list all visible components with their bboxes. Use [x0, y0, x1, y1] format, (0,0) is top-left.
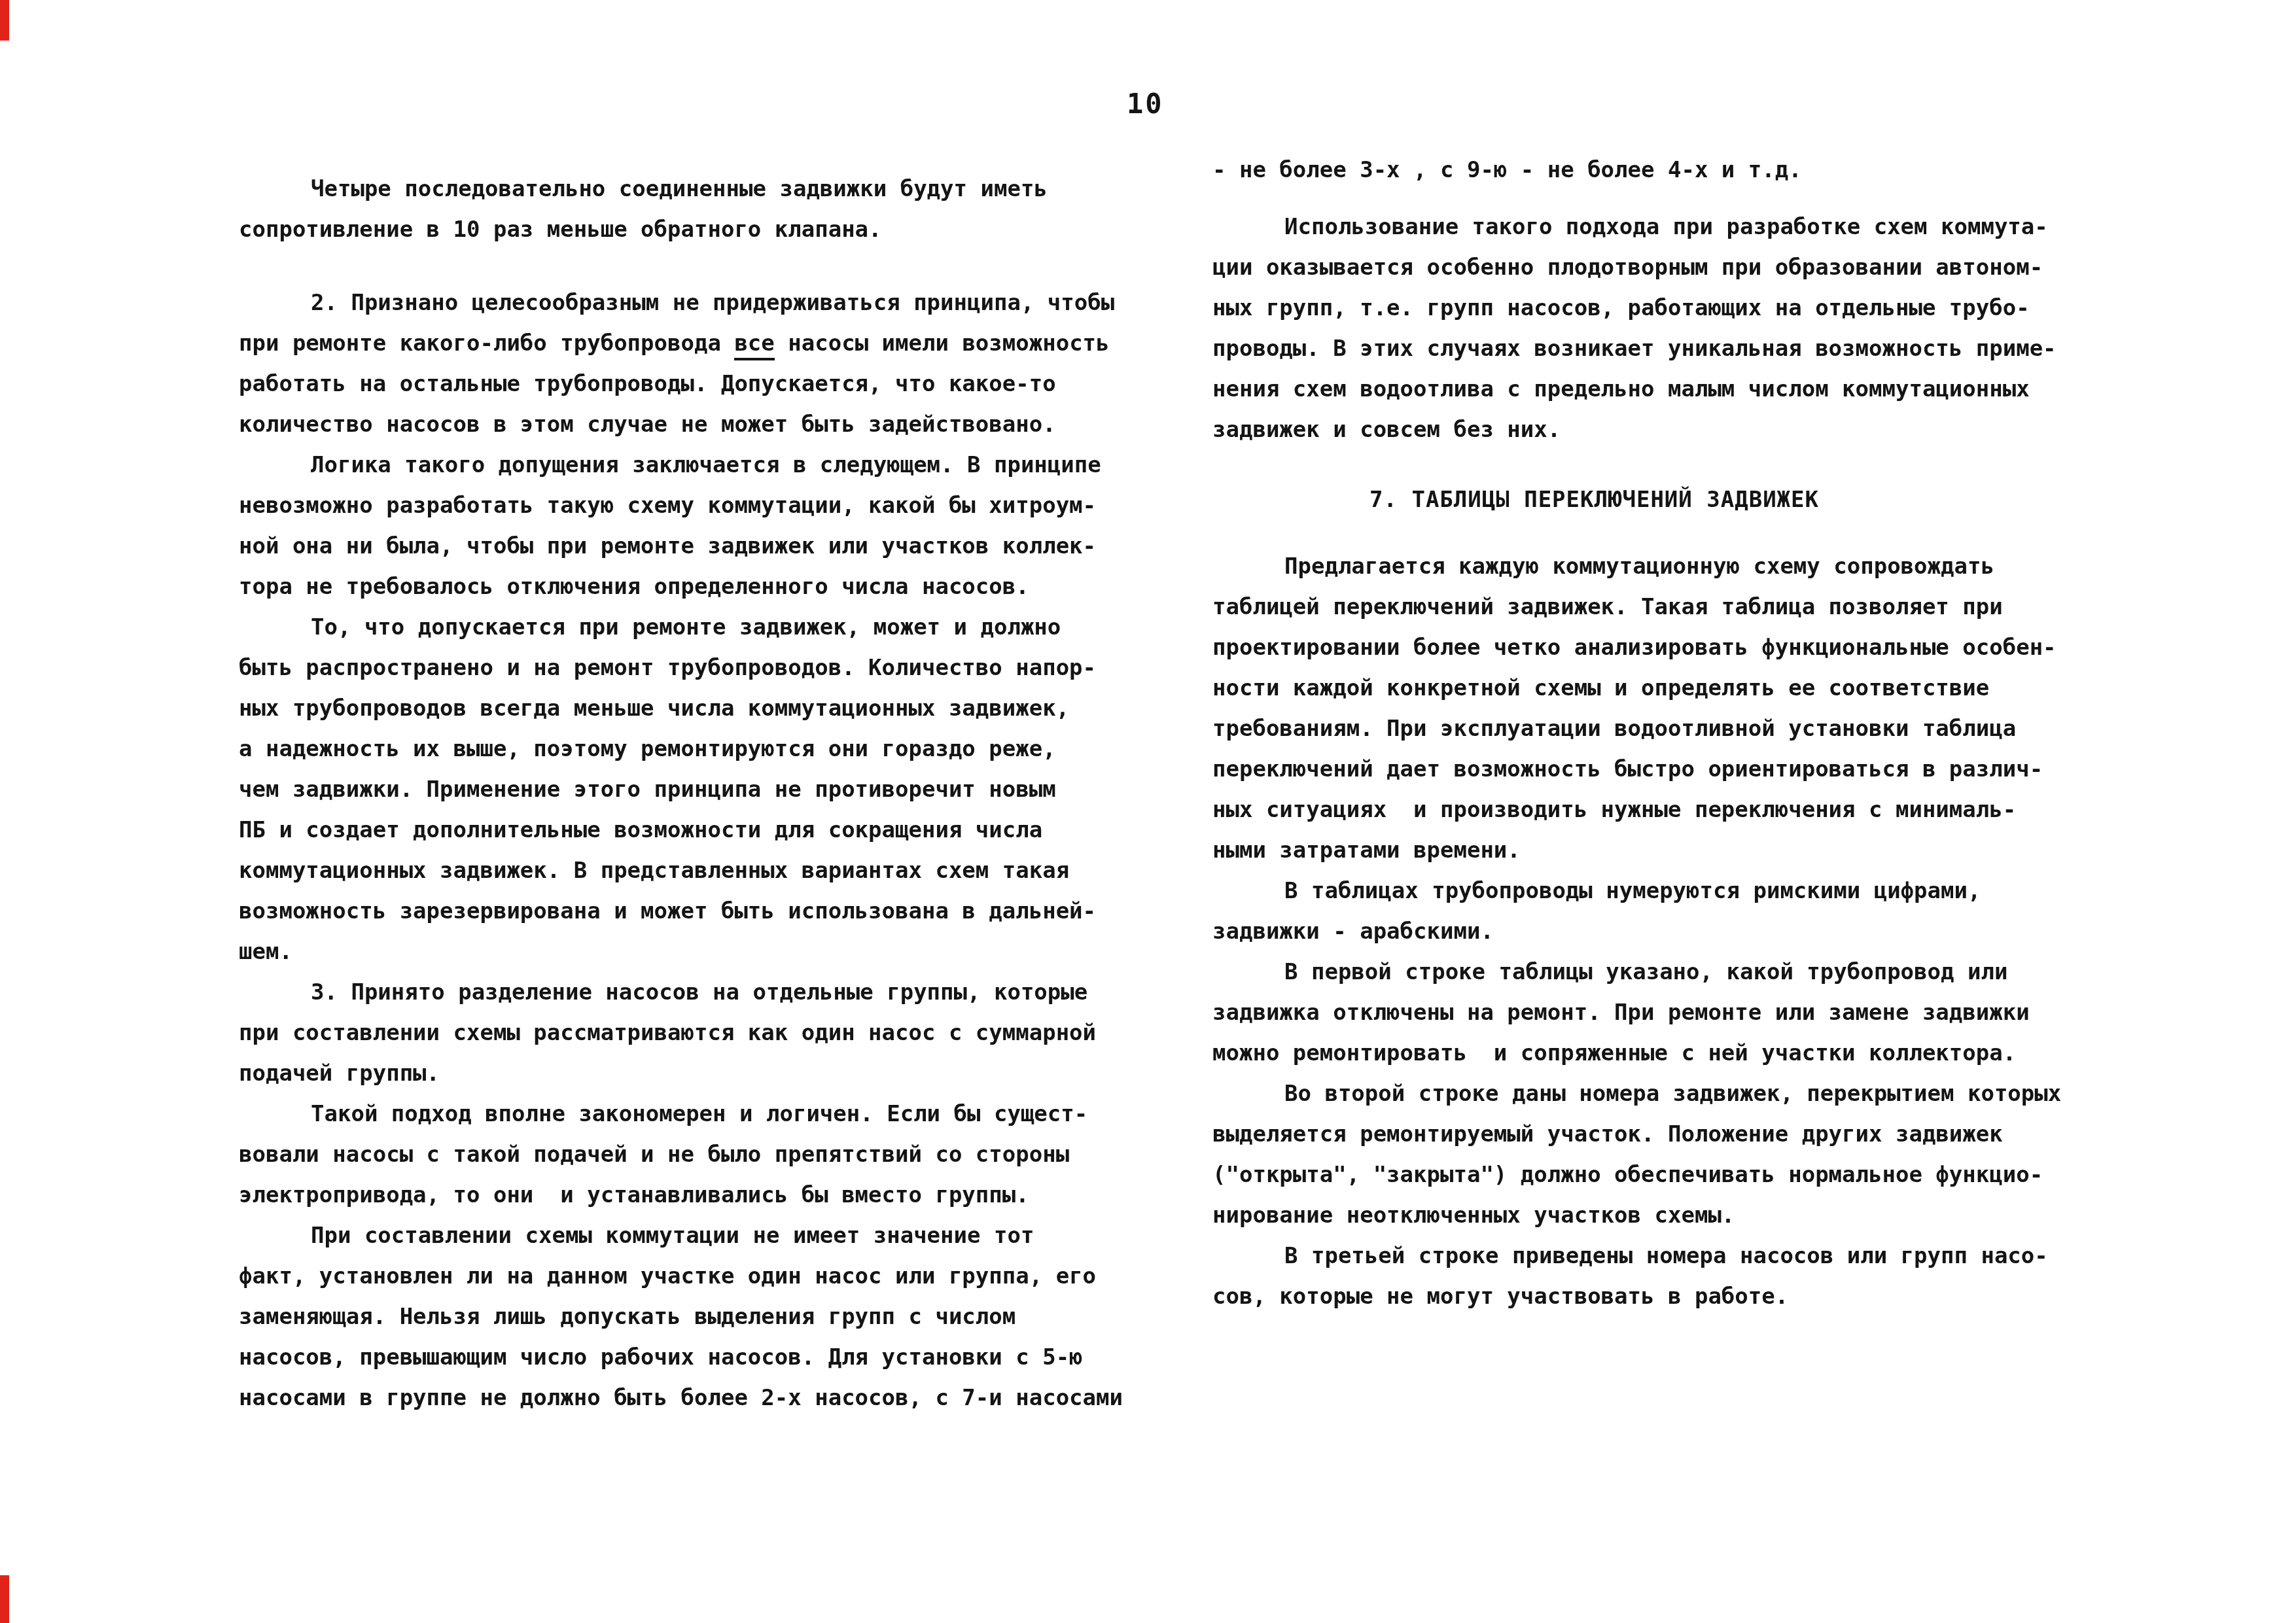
left-column: Четыре последовательно соединенные задви… — [239, 169, 1122, 1418]
paragraph: В третьей строке приведены номера насосо… — [1212, 1236, 2125, 1317]
text-line: нирование неотключенных участков схемы. — [1212, 1195, 2125, 1236]
text-line: Во второй строке даны номера задвижек, п… — [1212, 1073, 2125, 1114]
text-line: таблицей переключений задвижек. Такая та… — [1212, 587, 2125, 627]
text-line: 3. Принято разделение насосов на отдельн… — [239, 972, 1122, 1013]
text-line: ности каждой конкретной схемы и определя… — [1212, 668, 2125, 708]
text-line: возможность зарезервирована и может быть… — [239, 891, 1122, 932]
text-line: при ремонте какого-либо трубопровода все… — [239, 323, 1122, 364]
text-line: переключений дает возможность быстро ори… — [1212, 749, 2125, 790]
text-line: 2. Признано целесообразным не придержива… — [239, 283, 1122, 323]
text-line: ных трубопроводов всегда меньше числа ко… — [239, 688, 1122, 729]
text-line: насосами в группе не должно быть более 2… — [239, 1378, 1122, 1418]
text-line: выделяется ремонтируемый участок. Положе… — [1212, 1114, 2125, 1155]
text-line: сопротивление в 10 раз меньше обратного … — [239, 209, 1122, 250]
paragraph: При составлении схемы коммутации не имее… — [239, 1215, 1122, 1418]
text-line: проектировании более четко анализировать… — [1212, 627, 2125, 668]
text-line: проводы. В этих случаях возникает уникал… — [1212, 328, 2125, 369]
text-line: ПБ и создает дополнительные возможности … — [239, 810, 1122, 850]
text-line: задвижек и совсем без них. — [1212, 410, 2125, 450]
text-line: факт, установлен ли на данном участке од… — [239, 1256, 1122, 1297]
right-column: - не более 3-х , с 9-ю - не более 4-х и … — [1212, 150, 2125, 1317]
scanned-document-page: 10 Четыре последовательно соединенные за… — [0, 0, 2296, 1623]
underlined-word: все — [734, 330, 774, 360]
red-edge-mark-bottom — [0, 1575, 9, 1623]
paragraph: Во второй строке даны номера задвижек, п… — [1212, 1073, 2125, 1236]
text-line: задвижки - арабскими. — [1212, 911, 2125, 952]
text-line: задвижка отключены на ремонт. При ремонт… — [1212, 992, 2125, 1033]
text-line: Такой подход вполне закономерен и логиче… — [239, 1094, 1122, 1134]
text-line: ("открыта", "закрыта") должно обеспечива… — [1212, 1155, 2125, 1195]
text-line: при составлении схемы рассматриваются ка… — [239, 1013, 1122, 1053]
text-line: тора не требовалось отключения определен… — [239, 567, 1122, 607]
text-line: ными затратами времени. — [1212, 830, 2125, 871]
paragraph: 3. Принято разделение насосов на отдельн… — [239, 972, 1122, 1094]
paragraph: Предлагается каждую коммутационную схему… — [1212, 546, 2125, 871]
page-number: 10 — [1127, 88, 1164, 120]
text-line: шем. — [239, 932, 1122, 972]
text-line: ной она ни была, чтобы при ремонте задви… — [239, 526, 1122, 567]
text-line: ных ситуациях и производить нужные перек… — [1212, 790, 2125, 830]
text-line: При составлении схемы коммутации не имее… — [239, 1215, 1122, 1256]
text-line: быть распространено и на ремонт трубопро… — [239, 648, 1122, 688]
text-line: Использование такого подхода при разрабо… — [1212, 207, 2125, 247]
text-line: В первой строке таблицы указано, какой т… — [1212, 952, 2125, 992]
text-line: Предлагается каждую коммутационную схему… — [1212, 546, 2125, 587]
text-line: требованиям. При эксплуатации водоотливн… — [1212, 708, 2125, 749]
text-line: невозможно разработать такую схему комму… — [239, 485, 1122, 526]
paragraph: 2. Признано целесообразным не придержива… — [239, 283, 1122, 445]
paragraph: В таблицах трубопроводы нумеруются римск… — [1212, 871, 2125, 952]
text-line: То, что допускается при ремонте задвижек… — [239, 607, 1122, 648]
text-line: чем задвижки. Применение этого принципа … — [239, 769, 1122, 810]
paragraph: В первой строке таблицы указано, какой т… — [1212, 952, 2125, 1073]
text-line: количество насосов в этом случае не може… — [239, 404, 1122, 445]
paragraph: - не более 3-х , с 9-ю - не более 4-х и … — [1212, 150, 2125, 190]
text-line: насосов, превышающим число рабочих насос… — [239, 1337, 1122, 1378]
text-segment: при ремонте какого-либо трубопровода — [239, 330, 734, 357]
paragraph: Четыре последовательно соединенные задви… — [239, 169, 1122, 250]
text-line: - не более 3-х , с 9-ю - не более 4-х и … — [1212, 150, 2125, 190]
red-edge-mark-top — [0, 0, 9, 41]
paragraph: То, что допускается при ремонте задвижек… — [239, 607, 1122, 972]
text-line: электропривода, то они и устанавливались… — [239, 1175, 1122, 1215]
text-line: а надежность их выше, поэтому ремонтирую… — [239, 729, 1122, 769]
text-line: можно ремонтировать и сопряженные с ней … — [1212, 1033, 2125, 1073]
text-line: подачей группы. — [239, 1053, 1122, 1094]
text-line: ции оказывается особенно плодотворным пр… — [1212, 247, 2125, 288]
paragraph: Такой подход вполне закономерен и логиче… — [239, 1094, 1122, 1215]
text-line: заменяющая. Нельзя лишь допускать выделе… — [239, 1297, 1122, 1337]
text-line: В третьей строке приведены номера насосо… — [1212, 1236, 2125, 1276]
text-line: работать на остальные трубопроводы. Допу… — [239, 364, 1122, 404]
section-heading: 7. ТАБЛИЦЫ ПЕРЕКЛЮЧЕНИЙ ЗАДВИЖЕК — [1212, 480, 2125, 520]
text-line: ных групп, т.е. групп насосов, работающи… — [1212, 288, 2125, 328]
text-line: Логика такого допущения заключается в сл… — [239, 445, 1122, 485]
text-line: сов, которые не могут участвовать в рабо… — [1212, 1276, 2125, 1317]
paragraph: Логика такого допущения заключается в сл… — [239, 445, 1122, 607]
text-line: коммутационных задвижек. В представленны… — [239, 850, 1122, 891]
text-line: Четыре последовательно соединенные задви… — [239, 169, 1122, 209]
text-segment: насосы имели возможность — [775, 330, 1110, 357]
paragraph: Использование такого подхода при разрабо… — [1212, 207, 2125, 450]
text-line: вовали насосы с такой подачей и не было … — [239, 1134, 1122, 1175]
text-line: В таблицах трубопроводы нумеруются римск… — [1212, 871, 2125, 911]
text-line: нения схем водоотлива с предельно малым … — [1212, 369, 2125, 410]
